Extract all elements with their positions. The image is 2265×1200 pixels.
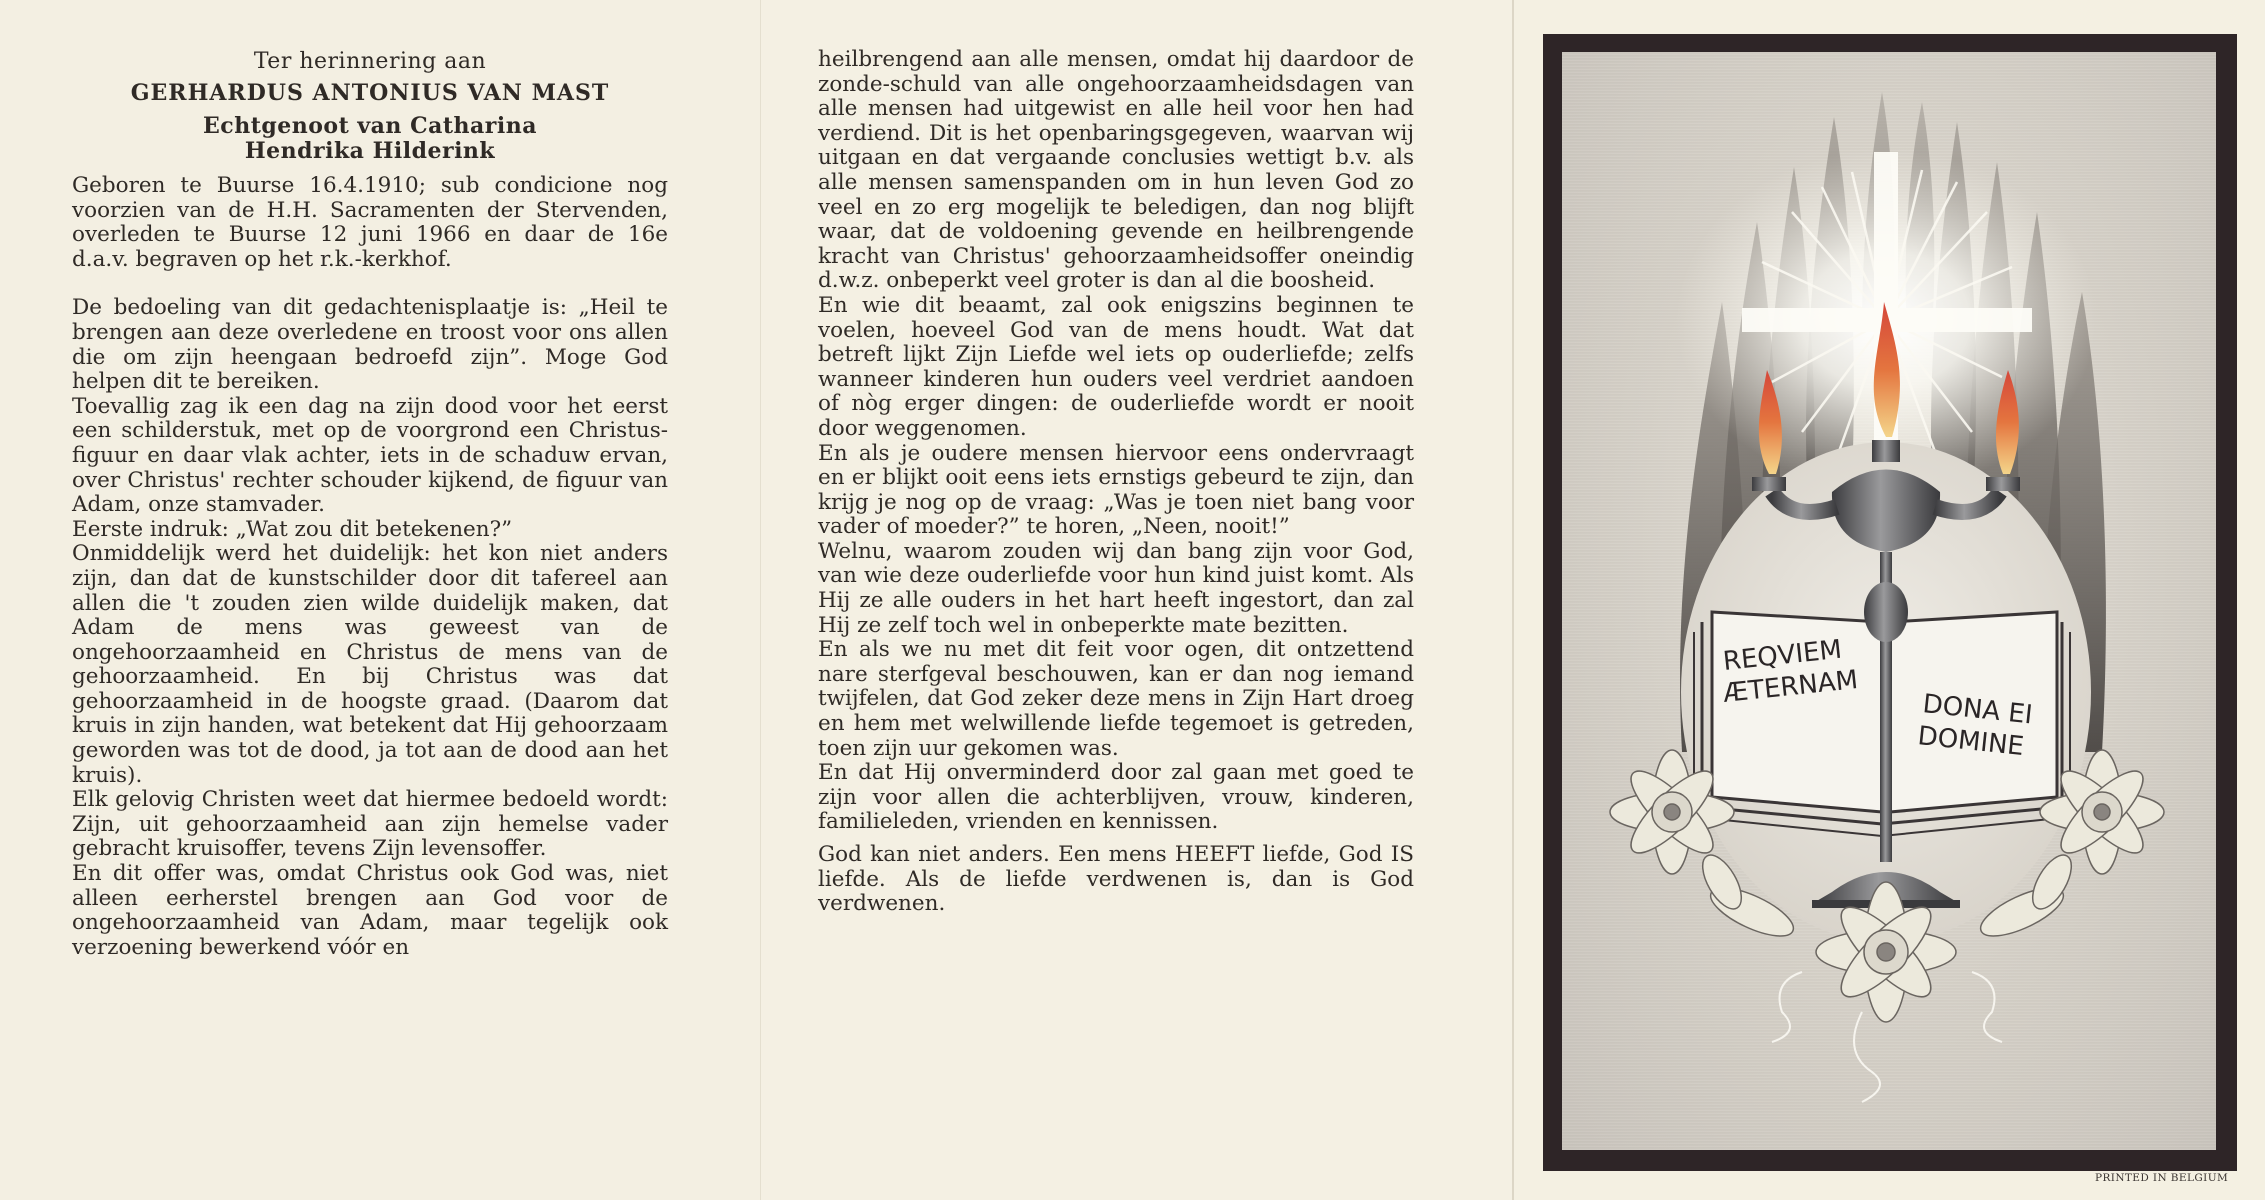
printer-mark: PRINTED IN BELGIUM	[2095, 1172, 2228, 1184]
painting-paragraph: Toevallig zag ik een dag na zijn dood vo…	[72, 395, 668, 518]
intro-line: Ter herinnering aan	[72, 48, 668, 76]
offering-paragraph: En dit offer was, omdat Christus ook God…	[72, 862, 668, 960]
bereaved-paragraph: En dat Hij onverminderd door zal gaan me…	[818, 761, 1414, 835]
purpose-paragraph: De bedoeling van dit gedachtenisplaatje …	[72, 296, 668, 394]
sacrifice-paragraph: Elk gelovig Christen weet dat hiermee be…	[72, 788, 668, 862]
elders-paragraph: En als je oudere mensen hiervoor eens on…	[818, 442, 1414, 540]
parental-love-paragraph: En wie dit beaamt, zal ook enigszins beg…	[818, 294, 1414, 442]
birth-death-paragraph: Geboren te Buurse 16.4.1910; sub condici…	[72, 174, 668, 272]
fear-paragraph: Welnu, waarom zouden wij dan bang zijn v…	[818, 540, 1414, 638]
spouse-line-1: Echtgenoot van Catharina	[72, 114, 668, 139]
first-impression-paragraph: Eerste indruk: „Wat zou dit betekenen?”	[72, 518, 668, 543]
middle-text-column: heilbrengend aan alle mensen, omdat hij …	[818, 48, 1414, 917]
left-text-column: Ter herinnering aan GERHARDUS ANTONIUS V…	[72, 48, 668, 960]
meaning-paragraph: Onmiddelijk werd het duidelijk: het kon …	[72, 542, 668, 788]
death-paragraph: En als we nu met dit feit voor ogen, dit…	[818, 638, 1414, 761]
devotional-image: REQVIEM ÆTERNAM DONA EI DOMINE	[1562, 52, 2216, 1150]
memorial-card: Ter herinnering aan GERHARDUS ANTONIUS V…	[0, 0, 2265, 1200]
devotional-illustration: REQVIEM ÆTERNAM DONA EI DOMINE	[1562, 52, 2216, 1150]
spouse-line-2: Hendrika Hilderink	[72, 139, 668, 164]
deceased-name: GERHARDUS ANTONIUS VAN MAST	[72, 76, 668, 110]
salvation-paragraph: heilbrengend aan alle mensen, omdat hij …	[818, 48, 1414, 294]
closing-paragraph: God kan niet anders. Een mens HEEFT lief…	[818, 843, 1414, 917]
